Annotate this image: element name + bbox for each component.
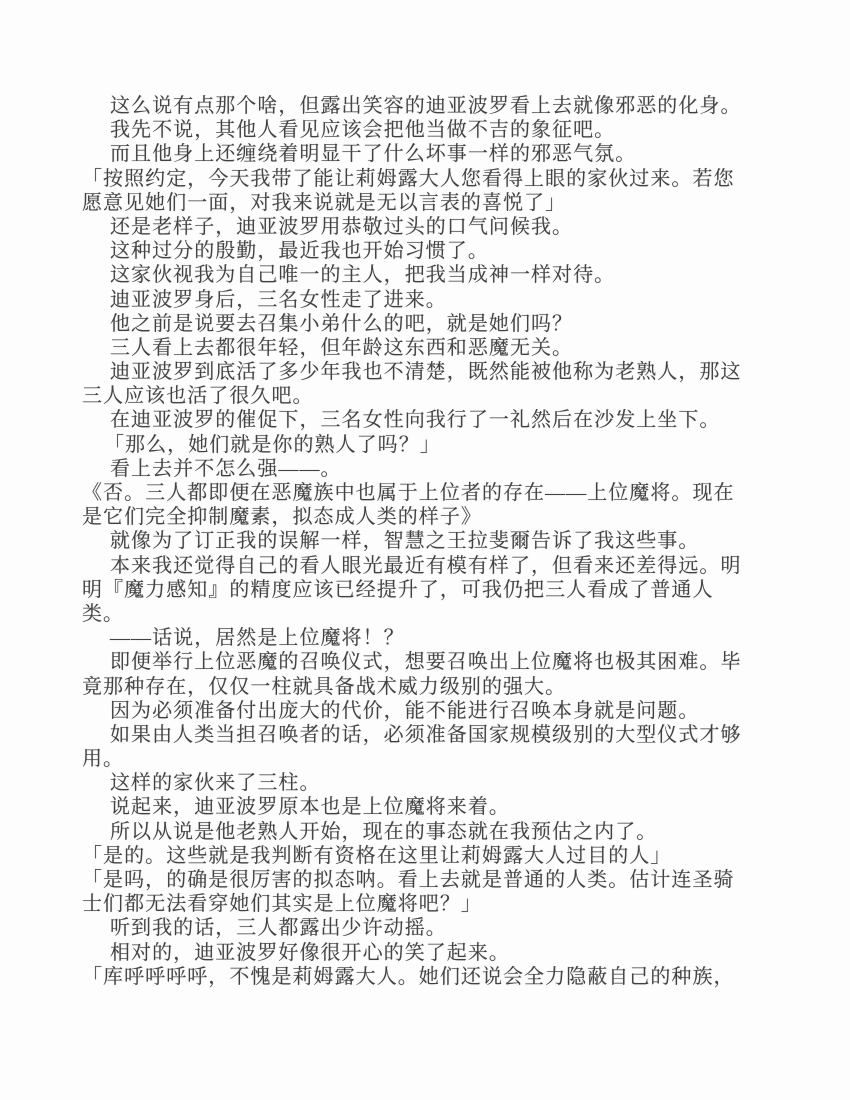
text-line: 士们都无法看穿她们其实是上位魔将吧？」 [82,892,782,916]
novel-text-block: 这么说有点那个啥，但露出笑容的迪亚波罗看上去就像邪恶的化身。我先不说，其他人看见… [82,94,782,989]
text-line: 在迪亚波罗的催促下，三名女性向我行了一礼然后在沙发上坐下。 [82,408,782,432]
text-line: 是它们完全抑制魔素，拟态成人类的样子》 [82,505,782,529]
text-line: 相对的，迪亚波罗好像很开心的笑了起来。 [82,941,782,965]
text-line: 三人看上去都很年轻，但年龄这东西和恶魔无关。 [82,336,782,360]
text-line: 本来我还觉得自己的看人眼光最近有模有样了，但看来还差得远。明 [82,554,782,578]
text-line: 他之前是说要去召集小弟什么的吧，就是她们吗？ [82,312,782,336]
text-line: 所以从说是他老熟人开始，现在的事态就在我预估之内了。 [82,820,782,844]
text-line: 听到我的话，三人都露出少许动摇。 [82,916,782,940]
text-line: 就像为了订正我的误解一样，智慧之王拉斐爾告诉了我这些事。 [82,529,782,553]
text-line: 如果由人类当担召唤者的话，必须准备国家规模级别的大型仪式才够 [82,723,782,747]
text-line: 「库呼呼呼呼，不愧是莉姆露大人。她们还说会全力隐蔽自己的种族， [82,965,782,989]
text-line: 类。 [82,602,782,626]
text-line: ——话说，居然是上位魔将！？ [82,626,782,650]
text-line: 看上去并不怎么强——。 [82,457,782,481]
text-line: 《否。三人都即便在恶魔族中也属于上位者的存在——上位魔将。现在 [82,481,782,505]
novel-page: 这么说有点那个啥，但露出笑容的迪亚波罗看上去就像邪恶的化身。我先不说，其他人看见… [0,0,850,1100]
text-line: 因为必须准备付出庞大的代价，能不能进行召唤本身就是问题。 [82,699,782,723]
text-line: 这样的家伙来了三柱。 [82,771,782,795]
text-line: 竟那种存在，仅仅一柱就具备战术威力级别的强大。 [82,675,782,699]
text-line: 说起来，迪亚波罗原本也是上位魔将来着。 [82,795,782,819]
text-line: 三人应该也活了很久吧。 [82,384,782,408]
text-line: 愿意见她们一面，对我来说就是无以言表的喜悦了」 [82,191,782,215]
text-line: 用。 [82,747,782,771]
text-line: 还是老样子，迪亚波罗用恭敬过头的口气问候我。 [82,215,782,239]
text-line: 迪亚波罗身后，三名女性走了进来。 [82,288,782,312]
text-line: 这家伙视我为自己唯一的主人，把我当成神一样对待。 [82,263,782,287]
text-line: 而且他身上还缠绕着明显干了什么坏事一样的邪恶气氛。 [82,142,782,166]
text-line: 即便举行上位恶魔的召唤仪式，想要召唤出上位魔将也极其困难。毕 [82,650,782,674]
text-line: 「按照约定，今天我带了能让莉姆露大人您看得上眼的家伙过来。若您 [82,167,782,191]
text-line: 这么说有点那个啥，但露出笑容的迪亚波罗看上去就像邪恶的化身。 [82,94,782,118]
text-line: 明『魔力感知』的精度应该已经提升了，可我仍把三人看成了普通人 [82,578,782,602]
text-line: 「是的。这些就是我判断有资格在这里让莉姆露大人过目的人」 [82,844,782,868]
text-line: 「是吗，的确是很厉害的拟态呐。看上去就是普通的人类。估计连圣骑 [82,868,782,892]
text-line: 「那么，她们就是你的熟人了吗？」 [82,433,782,457]
text-line: 这种过分的殷勤，最近我也开始习惯了。 [82,239,782,263]
text-line: 我先不说，其他人看见应该会把他当做不吉的象征吧。 [82,118,782,142]
text-line: 迪亚波罗到底活了多少年我也不清楚，既然能被他称为老熟人，那这 [82,360,782,384]
